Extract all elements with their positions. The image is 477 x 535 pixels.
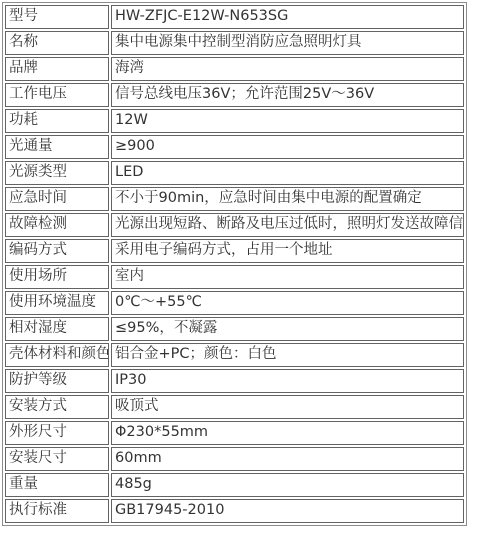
- spec-label: 光通量: [5, 135, 109, 159]
- spec-label: 防护等级: [5, 369, 109, 393]
- table-row: 型号HW-ZFJC-E12W-N653SG: [5, 5, 464, 29]
- table-row: 编码方式采用电子编码方式，占用一个地址: [5, 239, 464, 263]
- spec-label: 型号: [5, 5, 109, 29]
- spec-label: 故障检测: [5, 213, 109, 237]
- table-row: 相对湿度≤95%，不凝露: [5, 317, 464, 341]
- spec-label: 相对湿度: [5, 317, 109, 341]
- spec-value: 12W: [111, 109, 464, 133]
- table-row: 品牌海湾: [5, 57, 464, 81]
- spec-value: ≤95%，不凝露: [111, 317, 464, 341]
- spec-value: LED: [111, 161, 464, 185]
- product-specification-table: 型号HW-ZFJC-E12W-N653SG名称集中电源集中控制型消防应急照明灯具…: [2, 2, 467, 526]
- spec-value: 485g: [111, 473, 464, 497]
- spec-value: 海湾: [111, 57, 464, 81]
- table-row: 防护等级IP30: [5, 369, 464, 393]
- spec-label: 光源类型: [5, 161, 109, 185]
- spec-value: 不小于90min，应急时间由集中电源的配置确定: [111, 187, 464, 211]
- spec-label: 使用场所: [5, 265, 109, 289]
- spec-label: 重量: [5, 473, 109, 497]
- spec-value: 采用电子编码方式，占用一个地址: [111, 239, 464, 263]
- table-row: 使用场所室内: [5, 265, 464, 289]
- spec-label: 安装方式: [5, 395, 109, 419]
- spec-label: 编码方式: [5, 239, 109, 263]
- spec-label: 壳体材料和颜色: [5, 343, 109, 367]
- spec-value: 集中电源集中控制型消防应急照明灯具: [111, 31, 464, 55]
- spec-value: 室内: [111, 265, 464, 289]
- spec-value: HW-ZFJC-E12W-N653SG: [111, 5, 464, 29]
- spec-label: 使用环境温度: [5, 291, 109, 315]
- table-row: 故障检测光源出现短路、断路及电压过低时，照明灯发送故障信号: [5, 213, 464, 237]
- spec-value: 信号总线电压36V；允许范围25V～36V: [111, 83, 464, 107]
- table-row: 名称集中电源集中控制型消防应急照明灯具: [5, 31, 464, 55]
- spec-label: 名称: [5, 31, 109, 55]
- table-row: 使用环境温度0℃～+55℃: [5, 291, 464, 315]
- table-row: 功耗12W: [5, 109, 464, 133]
- spec-value: 吸顶式: [111, 395, 464, 419]
- spec-label: 工作电压: [5, 83, 109, 107]
- spec-value: GB17945-2010: [111, 499, 464, 523]
- spec-label: 执行标准: [5, 499, 109, 523]
- table-row: 重量485g: [5, 473, 464, 497]
- spec-value: ≥900: [111, 135, 464, 159]
- spec-label: 外形尺寸: [5, 421, 109, 445]
- table-row: 外形尺寸Φ230*55mm: [5, 421, 464, 445]
- spec-value: 0℃～+55℃: [111, 291, 464, 315]
- spec-label: 安装尺寸: [5, 447, 109, 471]
- spec-value: 光源出现短路、断路及电压过低时，照明灯发送故障信号: [111, 213, 464, 237]
- table-row: 光通量≥900: [5, 135, 464, 159]
- table-row: 执行标准GB17945-2010: [5, 499, 464, 523]
- spec-value: 铝合金+PC；颜色：白色: [111, 343, 464, 367]
- table-row: 光源类型LED: [5, 161, 464, 185]
- spec-label: 应急时间: [5, 187, 109, 211]
- table-row: 安装方式吸顶式: [5, 395, 464, 419]
- spec-label: 功耗: [5, 109, 109, 133]
- table-row: 工作电压信号总线电压36V；允许范围25V～36V: [5, 83, 464, 107]
- spec-value: Φ230*55mm: [111, 421, 464, 445]
- table-row: 应急时间不小于90min，应急时间由集中电源的配置确定: [5, 187, 464, 211]
- spec-value: IP30: [111, 369, 464, 393]
- spec-label: 品牌: [5, 57, 109, 81]
- spec-table-body: 型号HW-ZFJC-E12W-N653SG名称集中电源集中控制型消防应急照明灯具…: [5, 5, 464, 523]
- spec-value: 60mm: [111, 447, 464, 471]
- table-row: 安装尺寸60mm: [5, 447, 464, 471]
- table-row: 壳体材料和颜色铝合金+PC；颜色：白色: [5, 343, 464, 367]
